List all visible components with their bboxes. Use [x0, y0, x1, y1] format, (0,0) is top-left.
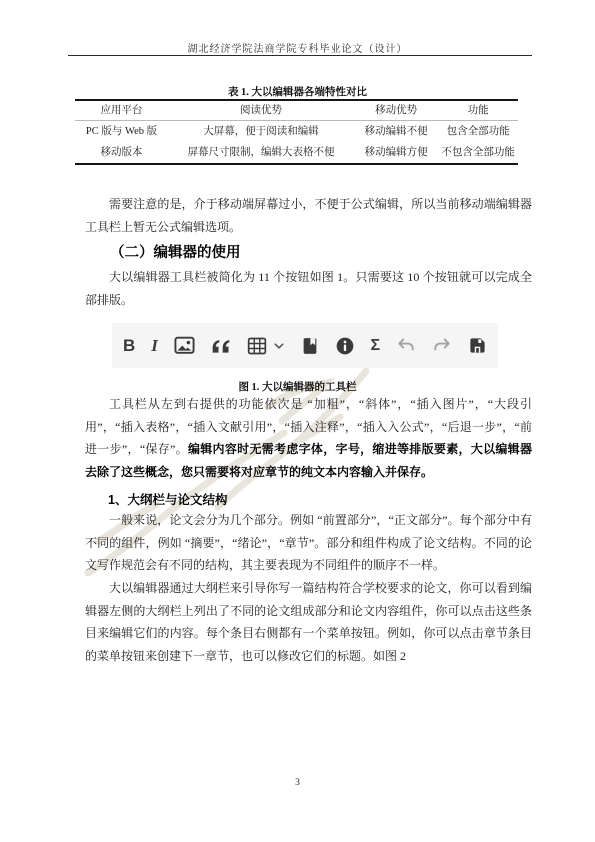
paragraph: 一般来说，论文会分为几个部分。例如 “前置部分”，“正文部分”。每个部分中有不同…: [85, 509, 532, 577]
paragraph: 大以编辑器工具栏被简化为 11 个按钮如图 1。只需要这 10 个按钮就可以完成…: [85, 266, 532, 311]
section-heading: （二）编辑器的使用: [110, 241, 241, 262]
figure-caption: 图 1. 大以编辑器的工具栏: [0, 379, 595, 394]
italic-button: I: [151, 337, 158, 354]
insert-table-button: [247, 336, 285, 356]
table-header-cell: 移动优势: [354, 100, 438, 121]
insert-image-button: [174, 336, 195, 355]
bold-icon: B: [123, 337, 135, 354]
insert-citation-button: [301, 336, 319, 356]
save-icon: [468, 336, 487, 355]
table-row: PC 版与 Web 版 大屏幕，便于阅读和编辑 移动编辑不便 包含全部功能: [75, 121, 518, 143]
table-cell: 包含全部功能: [438, 121, 518, 143]
header-rule: [68, 55, 532, 56]
page-number: 3: [0, 778, 595, 788]
table-cell: PC 版与 Web 版: [75, 121, 168, 143]
quote-icon: [211, 338, 231, 354]
insert-formula-button: Σ: [370, 338, 380, 354]
undo-icon: [396, 336, 416, 355]
table-cell: 移动编辑不便: [354, 121, 438, 143]
comparison-table: 应用平台 阅读优势 移动优势 功能 PC 版与 Web 版 大屏幕，便于阅读和编…: [75, 99, 518, 165]
book-bookmark-icon: [301, 336, 319, 356]
redo-button: [432, 336, 452, 355]
table-header-row: 应用平台 阅读优势 移动优势 功能: [75, 100, 518, 121]
table-header-cell: 应用平台: [75, 100, 168, 121]
insert-footnote-button: [335, 336, 355, 356]
table-caption: 表 1. 大以编辑器各端特性对比: [0, 84, 595, 99]
table-cell: 移动编辑方便: [354, 142, 438, 164]
blockquote-button: [211, 338, 231, 354]
table-cell: 不包含全部功能: [438, 142, 518, 164]
paragraph: 大以编辑器通过大纲栏来引导你写一篇结构符合学校要求的论文，你可以看到编辑器左侧的…: [85, 577, 532, 668]
table-cell: 移动版本: [75, 142, 168, 164]
table-cell: 屏幕尺寸限制，编辑大表格不便: [168, 142, 354, 164]
document-page: 湖北经济学院法商学院专科毕业论文（设计） 表 1. 大以编辑器各端特性对比 应用…: [0, 0, 595, 842]
table-cell: 大屏幕，便于阅读和编辑: [168, 121, 354, 143]
table-header-cell: 功能: [438, 100, 518, 121]
chevron-down-icon: [273, 340, 285, 352]
undo-button: [396, 336, 416, 355]
italic-icon: I: [151, 337, 158, 354]
bold-button: B: [123, 337, 135, 354]
sigma-icon: Σ: [370, 338, 380, 354]
save-button: [468, 336, 487, 355]
sub-heading: 1、大纲栏与论文结构: [108, 490, 227, 508]
paragraph: 工具栏从左到右提供的功能依次是 “加粗”，“斜体”，“插入图片”，“大段引用”，…: [85, 393, 532, 484]
table-header-cell: 阅读优势: [168, 100, 354, 121]
paragraph: 需要注意的是，介于移动端屏幕过小，不便于公式编辑，所以当前移动端编辑器工具栏上暂…: [85, 193, 532, 238]
table-row: 移动版本 屏幕尺寸限制，编辑大表格不便 移动编辑方便 不包含全部功能: [75, 142, 518, 164]
table-icon: [247, 336, 267, 356]
info-circle-icon: [335, 336, 355, 356]
image-icon: [174, 336, 195, 355]
figure-editor-toolbar: B I: [112, 323, 498, 368]
running-header: 湖北经济学院法商学院专科毕业论文（设计）: [0, 40, 595, 55]
redo-icon: [432, 336, 452, 355]
